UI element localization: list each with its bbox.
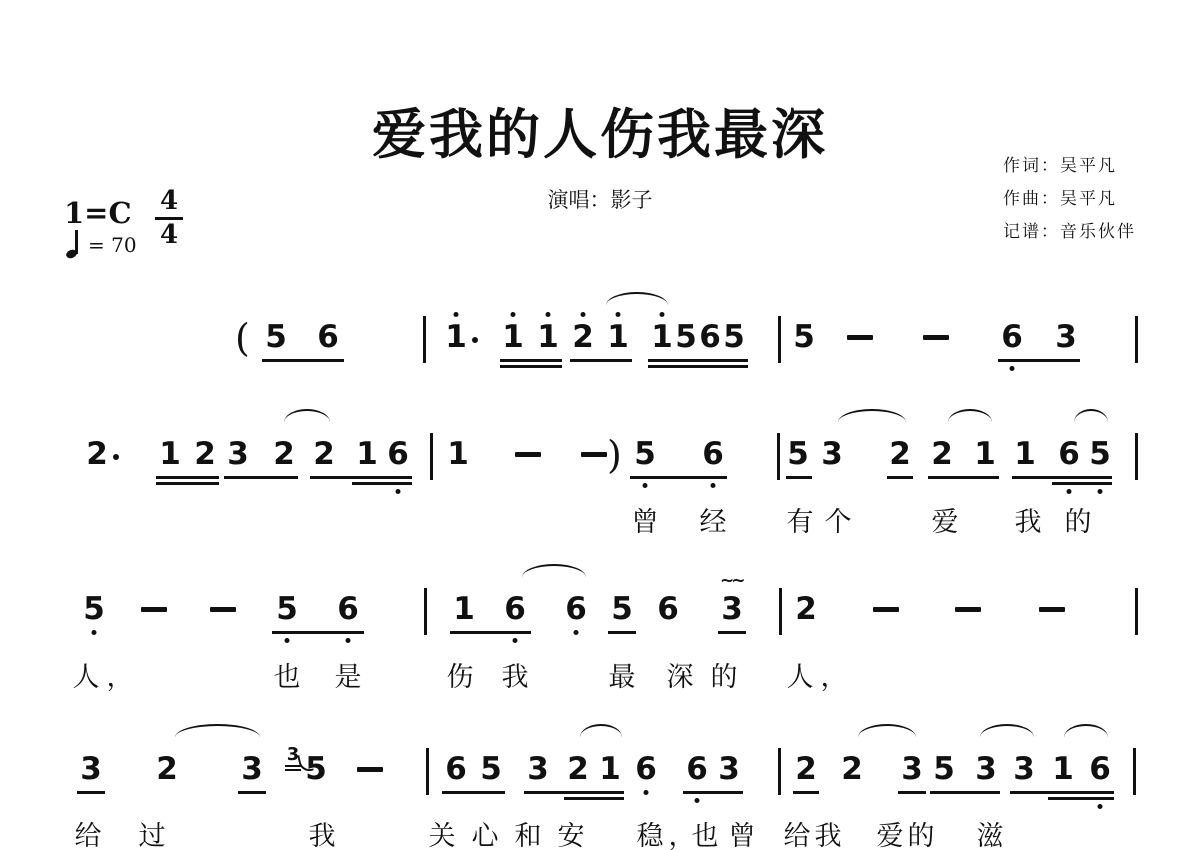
note-digit: 1: [445, 319, 467, 355]
note-digit: 5: [480, 751, 502, 787]
beam: [450, 631, 531, 634]
note: 3: [899, 752, 925, 787]
tie-slur-arc: [522, 564, 586, 580]
note: 1: [354, 437, 380, 472]
beam: [718, 631, 746, 634]
note-digit: 2: [931, 436, 953, 472]
duration-dash: [1039, 607, 1065, 612]
note: 5: [931, 752, 957, 787]
tie-slur-arc: [580, 724, 622, 740]
lyric-char: 是: [335, 655, 362, 694]
octave-dot-low: [396, 489, 401, 494]
note-digit: 5: [276, 591, 298, 627]
duration-dash: [955, 607, 981, 612]
octave-dot-high: [581, 312, 586, 317]
mordent-icon: ~~: [720, 571, 743, 591]
note: 5: [791, 320, 817, 355]
note: 2: [793, 752, 819, 787]
note-digit: 5: [723, 319, 745, 355]
beam: [352, 482, 412, 485]
note-digit: 2: [795, 591, 817, 627]
octave-dot-low: [643, 483, 648, 488]
lyric-char: 也: [274, 655, 301, 694]
note: 3: [1011, 752, 1037, 787]
note: 6: [697, 320, 723, 355]
note-digit: 6: [445, 751, 467, 787]
lyric-char: 的: [1065, 500, 1092, 539]
lyric-char: 心: [472, 814, 499, 850]
note-digit: 2: [567, 751, 589, 787]
lyric-char: 和: [515, 814, 542, 850]
note: 2: [839, 752, 865, 787]
grace-beam: [285, 765, 301, 767]
note-digit: 3: [227, 436, 249, 472]
lyric-char: 伤: [447, 655, 474, 694]
octave-dot-high: [660, 312, 665, 317]
note-digit: 1: [1014, 436, 1036, 472]
note: 5: [263, 320, 289, 355]
beam: [648, 365, 748, 368]
note-digit: 6: [1001, 319, 1023, 355]
augmentation-dot: [113, 454, 119, 460]
grace-note: 3: [284, 746, 302, 764]
octave-dot-low: [1098, 804, 1103, 809]
beam: [442, 791, 505, 794]
note: 2: [311, 437, 337, 472]
score-line: 323356532166322353316给过我关心和安稳，也曾给我爱的滋: [0, 752, 1200, 812]
note-digit: 1: [599, 751, 621, 787]
barline: [777, 433, 780, 480]
score: (56111211565563212322161)5653221165曾经有个爱…: [0, 0, 1200, 850]
note: 1: [535, 320, 561, 355]
beam: [156, 482, 219, 485]
tie-slur-arc: [1074, 409, 1108, 425]
lyric-char: 的: [908, 814, 935, 850]
note-digit: 6: [337, 591, 359, 627]
tie-slur-arc: [858, 724, 916, 740]
note-digit: 5: [675, 319, 697, 355]
note-digit: 3: [527, 751, 549, 787]
lyric-char: 曾: [632, 500, 659, 539]
note-digit: 1: [537, 319, 559, 355]
note: 3: [1053, 320, 1079, 355]
score-line: 212322161)5653221165曾经有个爱我的: [0, 437, 1200, 497]
duration-dash: [581, 452, 607, 457]
note-digit: 5: [1089, 436, 1111, 472]
note-digit: 2: [841, 751, 863, 787]
note-digit: 5: [634, 436, 656, 472]
note: 6: [315, 320, 341, 355]
note: 1: [157, 437, 183, 472]
note: 1: [1012, 437, 1038, 472]
note: 6: [655, 592, 681, 627]
note-digit: 3: [718, 751, 740, 787]
note-digit: 6: [504, 591, 526, 627]
beam: [500, 365, 562, 368]
beam: [793, 791, 819, 794]
lyric-char: 我: [309, 814, 336, 850]
lyric-char: 稳: [637, 814, 664, 850]
lyric-char: 我: [502, 655, 529, 694]
note: 1: [445, 437, 471, 472]
note-digit: 1: [607, 319, 629, 355]
note-digit: 2: [86, 436, 108, 472]
octave-dot-low: [644, 790, 649, 795]
octave-dot-low: [513, 638, 518, 643]
note-digit: 2: [156, 751, 178, 787]
beam: [224, 476, 298, 479]
tie-slur-arc: [838, 409, 906, 425]
tie-slur-arc: [606, 292, 668, 308]
beam: [1048, 797, 1114, 800]
lyric-char: 个: [825, 500, 852, 539]
beam: [1012, 476, 1112, 479]
note: 1: [443, 320, 469, 355]
note-digit: 6: [686, 751, 708, 787]
beam: [500, 359, 562, 362]
note-digit: 1: [651, 319, 673, 355]
note: 2: [929, 437, 955, 472]
note-digit: 6: [635, 751, 657, 787]
duration-dash: [141, 607, 167, 612]
lyric-char: 有: [787, 500, 814, 539]
lyric-char: ，: [821, 655, 848, 694]
note: 1: [605, 320, 631, 355]
barline: [1133, 748, 1136, 795]
beam: [1010, 791, 1114, 794]
note-digit: 3: [721, 591, 743, 627]
note: 6: [999, 320, 1025, 355]
barline: [779, 588, 782, 635]
lyric-char: 给: [75, 814, 102, 850]
note-digit: 2: [194, 436, 216, 472]
note-digit: 6: [702, 436, 724, 472]
beam: [898, 791, 926, 794]
beam: [564, 797, 624, 800]
note: 3: [525, 752, 551, 787]
lyric-char: 关: [429, 814, 456, 850]
lyric-char: 给: [784, 814, 811, 850]
note-digit: 5: [305, 751, 327, 787]
octave-dot-low: [695, 798, 700, 803]
note: 5: [303, 752, 329, 787]
beam: [156, 476, 219, 479]
lyric-char: 爱: [932, 500, 959, 539]
lyric-char: 人: [787, 655, 814, 694]
note-digit: 3: [1013, 751, 1035, 787]
note-digit: 5: [265, 319, 287, 355]
beam: [648, 359, 748, 362]
note-digit: 6: [1058, 436, 1080, 472]
close-paren: ): [607, 433, 622, 477]
note-digit: 5: [611, 591, 633, 627]
note: 1: [500, 320, 526, 355]
note: 6: [563, 592, 589, 627]
note: 6: [443, 752, 469, 787]
sheet-music-page: 爱我的人伤我最深 演唱：影子 作词：吴平凡 作曲：吴平凡 记谱：音乐伙伴 1=C…: [0, 0, 1200, 850]
duration-dash: [515, 452, 541, 457]
note: 2: [271, 437, 297, 472]
lyric-char: 过: [139, 814, 166, 850]
note: 6: [502, 592, 528, 627]
duration-dash: [210, 607, 236, 612]
note-digit: 1: [159, 436, 181, 472]
beam: [77, 791, 105, 794]
note: 1: [451, 592, 477, 627]
note: 1: [1050, 752, 1076, 787]
note-digit: 5: [83, 591, 105, 627]
tie-slur-arc: [175, 724, 260, 740]
note: 6: [385, 437, 411, 472]
note: 3: [239, 752, 265, 787]
barline: [1135, 588, 1138, 635]
note: 2: [84, 437, 110, 472]
octave-dot-low: [285, 638, 290, 643]
note-digit: 2: [273, 436, 295, 472]
beam: [786, 476, 812, 479]
note: 2: [565, 752, 591, 787]
barline: [424, 588, 427, 635]
duration-dash: [847, 335, 873, 340]
note: 6: [633, 752, 659, 787]
beam: [928, 476, 999, 479]
duration-dash: [873, 607, 899, 612]
lyric-char: 我: [1015, 500, 1042, 539]
note: 3: [819, 437, 845, 472]
note: 5: [721, 320, 747, 355]
note-digit: 3: [975, 751, 997, 787]
note: 1: [972, 437, 998, 472]
note: 5: [81, 592, 107, 627]
octave-dot-low: [1010, 366, 1015, 371]
note: 2: [793, 592, 819, 627]
beam: [608, 631, 636, 634]
tie-slur-arc: [980, 724, 1034, 740]
note: 6: [1056, 437, 1082, 472]
note-digit: 6: [387, 436, 409, 472]
lyric-char: ，: [107, 655, 134, 694]
lyric-char: 爱: [877, 814, 904, 850]
duration-dash: [357, 767, 383, 772]
lyric-char: 曾: [729, 814, 756, 850]
lyric-char: 最: [609, 655, 636, 694]
note: 5: [632, 437, 658, 472]
note-digit: 6: [317, 319, 339, 355]
note-digit: 6: [565, 591, 587, 627]
octave-dot-low: [92, 630, 97, 635]
note: 5: [785, 437, 811, 472]
beam: [1052, 482, 1112, 485]
note-digit: 2: [572, 319, 594, 355]
note: 2: [570, 320, 596, 355]
score-line: (56111211565563: [0, 320, 1200, 380]
note-digit: 3: [821, 436, 843, 472]
note: 3: [716, 752, 742, 787]
lyric-char: 深: [667, 655, 694, 694]
note: 5: [1087, 437, 1113, 472]
beam: [570, 359, 632, 362]
barline: [778, 316, 781, 363]
octave-dot-low: [711, 483, 716, 488]
note-digit: 3: [901, 751, 923, 787]
barline: [426, 748, 429, 795]
note: 2: [154, 752, 180, 787]
note-digit: 3: [80, 751, 102, 787]
note: 6: [700, 437, 726, 472]
note: 1: [649, 320, 675, 355]
octave-dot-high: [511, 312, 516, 317]
note-digit: 1: [447, 436, 469, 472]
note-digit: 1: [974, 436, 996, 472]
note-digit: 1: [502, 319, 524, 355]
lyric-char: 安: [558, 814, 585, 850]
note-digit: 1: [356, 436, 378, 472]
grace-beam: [285, 769, 301, 771]
note-digit: 2: [889, 436, 911, 472]
beam: [310, 476, 412, 479]
note: 2: [887, 437, 913, 472]
beam: [262, 359, 344, 362]
octave-dot-low: [346, 638, 351, 643]
note-digit: 5: [933, 751, 955, 787]
octave-dot-high: [616, 312, 621, 317]
note-digit: 2: [795, 751, 817, 787]
lyric-char: 的: [711, 655, 738, 694]
note-digit: 6: [699, 319, 721, 355]
barline: [778, 748, 781, 795]
open-paren: (: [235, 316, 250, 360]
beam: [998, 359, 1080, 362]
lyric-char: 我: [815, 814, 842, 850]
beam: [630, 476, 727, 479]
octave-dot-low: [574, 630, 579, 635]
note: 3: [78, 752, 104, 787]
augmentation-dot: [472, 337, 478, 343]
note: 3: [973, 752, 999, 787]
note-digit: 6: [1089, 751, 1111, 787]
note-digit: 2: [313, 436, 335, 472]
note: 5: [673, 320, 699, 355]
note-digit: 3: [241, 751, 263, 787]
note: 3: [225, 437, 251, 472]
octave-dot-low: [1098, 489, 1103, 494]
note-digit: 6: [657, 591, 679, 627]
barline: [423, 316, 426, 363]
lyric-char: 经: [700, 500, 727, 539]
barline: [430, 433, 433, 480]
barline: [1135, 316, 1138, 363]
note-digit: 1: [453, 591, 475, 627]
beam: [887, 476, 913, 479]
note: 1: [597, 752, 623, 787]
barline: [1135, 433, 1138, 480]
note: 3: [719, 592, 745, 627]
note: 5: [609, 592, 635, 627]
tie-slur-arc: [1064, 724, 1108, 740]
beam: [683, 791, 743, 794]
note: 5: [274, 592, 300, 627]
note: 6: [684, 752, 710, 787]
note-digit: 5: [793, 319, 815, 355]
note: 5: [478, 752, 504, 787]
octave-dot-low: [1067, 489, 1072, 494]
octave-dot-high: [546, 312, 551, 317]
beam: [272, 631, 364, 634]
score-line: 556166563~~2人，也是伤我最深的人，: [0, 592, 1200, 652]
note: 6: [1087, 752, 1113, 787]
duration-dash: [923, 335, 949, 340]
lyric-char: 也: [692, 814, 719, 850]
lyric-char: 滋: [977, 814, 1004, 850]
note-digit: 1: [1052, 751, 1074, 787]
note: 2: [192, 437, 218, 472]
tie-slur-arc: [948, 409, 992, 425]
note-digit: 3: [1055, 319, 1077, 355]
beam: [524, 791, 624, 794]
note-digit: 5: [787, 436, 809, 472]
tie-slur-arc: [284, 409, 330, 425]
beam: [930, 791, 1000, 794]
note: 6: [335, 592, 361, 627]
beam: [238, 791, 266, 794]
octave-dot-high: [454, 312, 459, 317]
lyric-char: 人: [73, 655, 100, 694]
